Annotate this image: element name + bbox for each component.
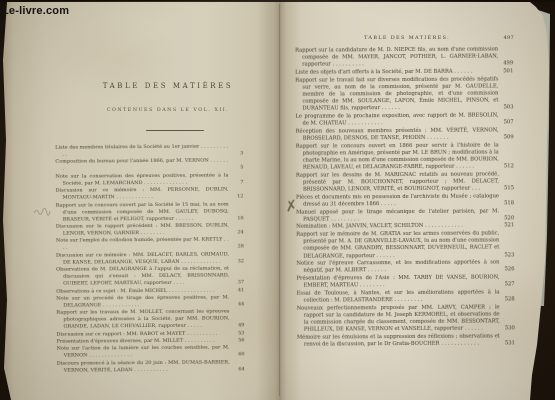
toc-entry: Rapport sur le concours ouvert en 1866 p… [296, 142, 514, 172]
toc-entry: Discussion sur ce mémoire : MM. DELACET,… [56, 251, 244, 266]
toc-entry-pagenum: 56 [238, 337, 244, 344]
toc-entry-text: Le programme de la prochaine exposition,… [295, 112, 498, 126]
toc-entry-text: Note sur un procédé de tirage des épreuv… [56, 294, 229, 308]
toc-entry-text: Rapport sur le concours ouvert par la So… [56, 201, 229, 222]
toc-entry: Le programme de la prochaine exposition,… [295, 112, 513, 128]
toc-entry-text: Présentation d'épreuves de l'Asie : MM. … [296, 274, 499, 288]
toc-entry-text: Manuel apposé pour le tirage mécanique d… [296, 208, 499, 222]
toc-entry-text: Note sur l'action de la lumière sur les … [57, 345, 230, 359]
toc-entry-pagenum: 503 [504, 105, 514, 112]
toc-entry-pagenum: 24 [237, 229, 243, 236]
toc-entry-text: Composition du bureau pour l'année 1866,… [55, 158, 228, 172]
toc-entry-pagenum: 523 [504, 252, 514, 259]
toc-entry: Manuel apposé pour le tirage mécanique d… [296, 208, 514, 224]
toc-entry-pagenum: 530 [505, 326, 515, 333]
toc-entry-pagenum: 507 [504, 120, 514, 127]
toc-entry-text: Réception des nouveaux membres présentés… [296, 127, 499, 141]
toc-entry: Rapport sur les dessins de M. MARIGNAC r… [296, 171, 514, 194]
toc-entry-text: Rapport sur le mémoire de M. GRATIA sur … [296, 230, 499, 259]
toc-entry-pagenum: 512 [504, 164, 514, 171]
toc-entry: Discours prononcé à la séance du 20 juin… [57, 359, 245, 374]
toc-entry-pagenum: 28 [238, 244, 244, 251]
toc-entry-pagenum: 499 [503, 61, 513, 68]
toc-entry-pagenum: 41 [238, 287, 244, 294]
toc-entry-pagenum: 531 [505, 340, 515, 347]
toc-entry: Observations de M. DELAGRANGE à l'appui … [56, 265, 244, 287]
toc-entry-pagenum: 3 [240, 150, 243, 157]
toc-entry: Rapport sur le travail fait sur diverses… [295, 76, 513, 113]
toc-entry: Notice sur l'épreuve Carcassonne, et les… [296, 260, 514, 276]
toc-entry-pagenum: 7 [240, 179, 243, 186]
toc-entry-text: Note sur la conservation des épreuves po… [55, 172, 228, 186]
toc-entry-text: Rapport sur les travaux de M. MOLLET, co… [56, 309, 229, 330]
toc-entry-text: Rapport sur les dessins de M. MARIGNAC r… [296, 171, 499, 193]
toc-entry-pagenum: 18 [237, 215, 243, 222]
toc-entry: Note sur l'emploi du collodion humide, p… [56, 237, 244, 252]
toc-entry-text: Rapport sur le travail fait sur diverses… [295, 76, 498, 112]
pencil-scribble [33, 206, 51, 217]
toc-entry-pagenum: 5 [240, 165, 243, 172]
right-toc-list: Rapport sur la candidature de M. D. NIEP… [295, 46, 515, 349]
toc-entry-pagenum: 44 [238, 301, 244, 308]
toc-entry: Mémoire sur les émulsions et la suppress… [297, 333, 515, 349]
toc-entry-text: Nouveaux perfectionnements proposés par … [297, 304, 500, 333]
toc-entry-text: Note sur l'emploi du collodion humide, p… [56, 237, 229, 251]
toc-entry: Liste des membres titulaires de la Socié… [55, 143, 243, 158]
toc-entry: Composition du bureau pour l'année 1866,… [55, 158, 243, 173]
toc-entry-pagenum: 49 [238, 323, 244, 330]
toc-entry-pagenum: 528 [505, 296, 515, 303]
toc-entry: Rapport sur les travaux de M. MOLLET, co… [56, 309, 244, 331]
toc-entry-pagenum: 520 [504, 215, 514, 222]
toc-entry: Rapport sur le mémoire de M. GRATIA sur … [296, 230, 514, 260]
toc-entry-text: Rapport sur la candidature de M. D. NIEP… [295, 46, 498, 68]
toc-subtitle: CONTENUES DANS LE VOL. XII. [62, 108, 274, 113]
toc-entry-pagenum: 515 [504, 186, 514, 193]
running-header-text: TABLE DES MATIÈRES. [364, 35, 450, 41]
toc-entry: Note sur la conservation des épreuves po… [55, 172, 243, 187]
toc-entry: Rapport sur la candidature de M. D. NIEP… [295, 46, 513, 69]
toc-entry-text: Liste des membres titulaires de la Socié… [55, 143, 228, 157]
toc-entry-pagenum: 53 [238, 330, 244, 337]
toc-entry-text: Notice sur l'épreuve Carcassonne, et les… [296, 260, 499, 274]
toc-entry-text: Essai de Toulouse, à Nantes, et sur les … [297, 289, 500, 303]
toc-entry-pagenum: 518 [504, 200, 514, 207]
watermark-text: Le-livre.com [2, 5, 69, 17]
toc-entry-text: Observations à ce sujet : M. Émile MICHE… [56, 287, 215, 294]
toc-entry-text: Présentation d'épreuves diverses, par M.… [57, 338, 215, 345]
toc-entry: Pièces et documents mis en possession de… [296, 193, 514, 209]
folio-number: 497 [504, 35, 514, 41]
toc-title: TABLE DES MATIÈRES [62, 82, 274, 90]
toc-entry-text: Liste des objets d'art offerts à la Soci… [295, 69, 472, 76]
toc-entry-text: Discussion sur ce mémoire : MM. DELACET,… [56, 251, 229, 265]
toc-entry-text: Nomination : MM. JANVIN, VACLET, SCHILTO… [296, 223, 463, 230]
toc-entry-text: Discussion sur ce rapport : MM. RABOT et… [57, 330, 218, 337]
toc-entry: Note sur un procédé de tirage des épreuv… [56, 294, 244, 309]
toc-entry-pagenum: 521 [504, 223, 514, 230]
toc-entry-pagenum: 509 [504, 134, 514, 141]
toc-entry-pagenum: 37 [238, 279, 244, 286]
toc-entry-pagenum: 12 [237, 194, 243, 201]
toc-entry-text: Rapport sur le concours ouvert en 1866 p… [296, 142, 499, 171]
toc-entry: Rapport sur le concours ouvert par la So… [56, 201, 244, 223]
toc-entry-pagenum: 527 [505, 282, 515, 289]
toc-entry-text: Mémoire sur les émulsions et la suppress… [297, 333, 500, 347]
toc-entry-pagenum: 64 [238, 366, 244, 373]
toc-entry: Essai de Toulouse, à Nantes, et sur les … [297, 289, 515, 305]
toc-entry-text: Discussion sur ce mémoire : MM. PERSONNE… [55, 187, 228, 201]
book-scan-photo: TABLE DES MATIÈRES CONTENUES DANS LE VOL… [0, 0, 555, 400]
toc-entry-pagenum: 501 [503, 68, 513, 75]
toc-entry: Réception des nouveaux membres présentés… [296, 127, 514, 143]
toc-entry-text: Discussion sur le rapport précédent : MM… [56, 222, 229, 236]
toc-entry: Nouveaux perfectionnements proposés par … [297, 304, 515, 334]
toc-entry: Discussion sur le rapport précédent : MM… [56, 222, 244, 237]
toc-entry: Note sur l'action de la lumière sur les … [57, 345, 245, 360]
toc-entry-pagenum: 32 [238, 258, 244, 265]
toc-entry-pagenum: 526 [505, 267, 515, 274]
toc-entry: Présentation d'épreuves de l'Asie : MM. … [296, 274, 514, 290]
toc-entry-text: Discours prononcé à la séance du 20 juin… [57, 359, 230, 373]
toc-entry-text: Pièces et documents mis en possession de… [296, 193, 499, 207]
scan-top-edge [0, 0, 555, 2]
left-toc-list: Liste des membres titulaires de la Socié… [55, 143, 245, 375]
toc-entry: Discussion sur ce mémoire : MM. PERSONNE… [55, 187, 243, 202]
toc-entry-text: Observations de M. DELAGRANGE à l'appui … [56, 266, 229, 287]
running-header: TABLE DES MATIÈRES. 497 [300, 35, 514, 41]
divider-rule [146, 130, 204, 131]
toc-entry-pagenum: 60 [238, 352, 244, 359]
